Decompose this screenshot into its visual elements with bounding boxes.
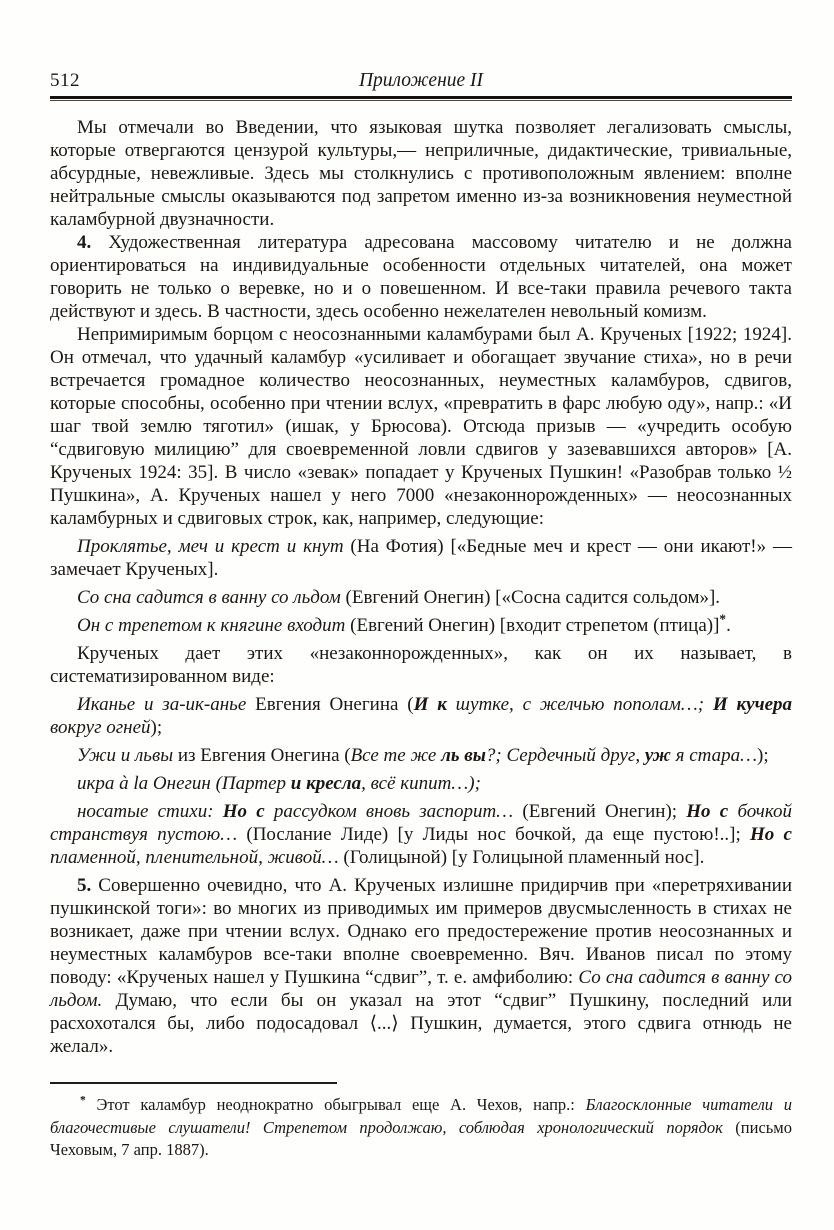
quote-paragraph-9: Ужи и львы из Евгения Онегина (Все те же… bbox=[50, 744, 792, 767]
text-run: носатые стихи: bbox=[77, 801, 223, 822]
text-run: Он с трепетом к княгине входит bbox=[77, 615, 345, 636]
quote-paragraph-4: Проклятье, меч и крест и кнут (На Фотия)… bbox=[50, 535, 792, 581]
text-run: Проклятье, меч и крест и кнут bbox=[77, 536, 344, 557]
text-run: 4. bbox=[77, 232, 91, 253]
text-run: Все те же bbox=[351, 745, 441, 766]
text-run: (Евгений Онегин) [«Сосна садится сольдом… bbox=[341, 587, 720, 608]
text-run: шутке, с желчью пополам…; bbox=[447, 694, 713, 715]
text-run: (Голицыной) [у Голицыной пламенный нос]. bbox=[339, 847, 705, 868]
text-run: икра à la Онегин (Партер bbox=[77, 773, 291, 794]
text-run: ); bbox=[151, 717, 163, 738]
text-run: 5. bbox=[77, 875, 91, 896]
text-run: И кучера bbox=[713, 694, 792, 715]
text-run: из Евгения Онегина ( bbox=[173, 745, 351, 766]
quote-paragraph-6: Он с трепетом к княгине входит (Евгений … bbox=[50, 614, 792, 637]
text-run: (Евгений Онегин); bbox=[513, 801, 686, 822]
page-header: 512 Приложение II bbox=[50, 70, 792, 99]
book-page: 512 Приложение II Мы отмечали во Введени… bbox=[0, 0, 834, 1230]
text-run: Думаю, что если бы он указал на этот “сд… bbox=[50, 990, 792, 1057]
text-run: Непримиримым борцом с неосознанными кала… bbox=[50, 324, 792, 529]
text-run: вокруг огней bbox=[50, 717, 151, 738]
text-run: Ужи и львы bbox=[77, 745, 173, 766]
footnote: * Этот каламбур неоднократно обыгрывал е… bbox=[50, 1082, 792, 1178]
text-run: (Евгений Онегин) [входит стрепетом (птиц… bbox=[345, 615, 719, 636]
text-run: я стара… bbox=[671, 745, 757, 766]
footnote-text: * Этот каламбур неоднократно обыгрывал е… bbox=[50, 1094, 792, 1162]
text-run: рассудком вновь заспорит… bbox=[265, 801, 513, 822]
text-run: Художественная литература адресована мас… bbox=[50, 232, 792, 322]
body-paragraph-12: 5. Совершенно очевидно, что А. Крученых … bbox=[50, 874, 792, 1058]
text-run: Иканье и за-ик-анье bbox=[77, 694, 246, 715]
body-paragraph-2: 4. Художественная литература адресована … bbox=[50, 231, 792, 323]
quote-paragraph-10: икра à la Онегин (Партер и кресла, всё к… bbox=[50, 772, 792, 795]
text-run: И к bbox=[414, 694, 447, 715]
text-run: Но с bbox=[223, 801, 265, 822]
text-run: ль вы bbox=[441, 745, 486, 766]
text-run: Мы отмечали во Введении, что языковая шу… bbox=[50, 117, 792, 230]
text-run: (Послание Лиде) [у Лиды нос бочкой, да е… bbox=[237, 824, 750, 845]
body-paragraph-1: Мы отмечали во Введении, что языковая шу… bbox=[50, 116, 792, 231]
body-paragraph-3: Непримиримым борцом с неосознанными кала… bbox=[50, 323, 792, 530]
running-title: Приложение II bbox=[50, 70, 792, 92]
text-run: , всё кипит…); bbox=[361, 773, 481, 794]
text-area: 512 Приложение II Мы отмечали во Введени… bbox=[50, 0, 792, 1058]
quote-paragraph-11: носатые стихи: Но с рассудком вновь засп… bbox=[50, 800, 792, 869]
text-run: Крученых дает этих «незаконнорожденных»,… bbox=[50, 643, 792, 687]
text-run: и кресла bbox=[291, 773, 361, 794]
text-run: Но с bbox=[686, 801, 728, 822]
text-run: пламенной, пленительной, живой… bbox=[50, 847, 339, 868]
footnote-rule bbox=[50, 1082, 337, 1084]
quote-paragraph-5: Со сна садится в ванну со льдом (Евгений… bbox=[50, 586, 792, 609]
text-run: Со сна садится в ванну со льдом bbox=[77, 587, 341, 608]
quote-paragraph-8: Иканье и за-ик-анье Евгения Онегина (И к… bbox=[50, 693, 792, 739]
text-run: Этот каламбур неоднократно обыгрывал еще… bbox=[86, 1095, 586, 1114]
text-column: Мы отмечали во Введении, что языковая шу… bbox=[50, 116, 792, 1058]
body-paragraph-7: Крученых дает этих «незаконнорожденных»,… bbox=[50, 642, 792, 688]
text-run: уж bbox=[645, 745, 671, 766]
text-run: ?; Сердечный друг, bbox=[486, 745, 645, 766]
text-run: Евгения Онегина ( bbox=[246, 694, 413, 715]
text-run: . bbox=[726, 615, 731, 636]
text-run: ); bbox=[757, 745, 769, 766]
text-run: Но с bbox=[750, 824, 792, 845]
